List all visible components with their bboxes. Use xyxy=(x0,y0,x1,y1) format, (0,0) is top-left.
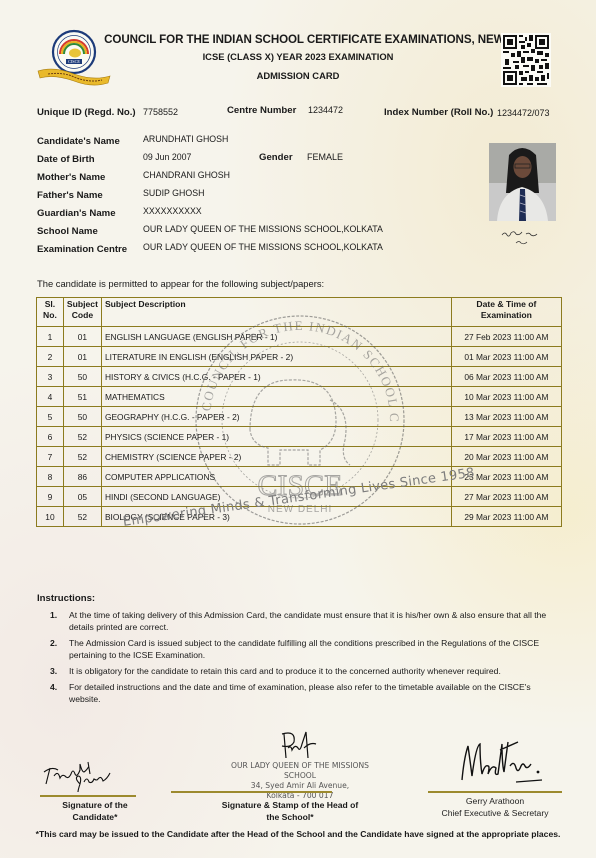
cell-date-time: 01 Mar 2023 11:00 AM xyxy=(451,347,561,367)
candidate-name-label: Candidate's Name xyxy=(37,136,120,147)
cell-subject-description: HISTORY & CIVICS (H.C.G. - PAPER - 1) xyxy=(101,367,451,387)
table-row: 101ENGLISH LANGUAGE (ENGLISH PAPER - 1)2… xyxy=(37,327,562,347)
cell-sl-no: 6 xyxy=(37,427,64,447)
gender-value: FEMALE xyxy=(307,152,343,162)
cell-date-time: 17 Mar 2023 11:00 AM xyxy=(451,427,561,447)
table-header-row: Sl.No. SubjectCode Subject Description D… xyxy=(37,298,562,327)
index-number-value: 1234472/073 xyxy=(497,108,550,118)
centre-number-label: Centre Number xyxy=(227,105,296,116)
exam-centre-value: OUR LADY QUEEN OF THE MISSIONS SCHOOL,KO… xyxy=(143,242,383,252)
cell-subject-code: 86 xyxy=(63,467,101,487)
candidate-signature-line xyxy=(40,795,136,797)
cell-subject-code: 52 xyxy=(63,447,101,467)
cell-date-time: 27 Mar 2023 11:00 AM xyxy=(451,487,561,507)
mother-name-label: Mother's Name xyxy=(37,172,105,183)
instruction-text: It is obligatory for the candidate to re… xyxy=(69,665,501,677)
footnote: *This card may be issued to the Candidat… xyxy=(0,829,596,839)
cell-subject-code: 05 xyxy=(63,487,101,507)
instruction-number: 4. xyxy=(50,681,69,705)
table-row: 201LITERATURE IN ENGLISH (ENGLISH PAPER … xyxy=(37,347,562,367)
cell-subject-code: 50 xyxy=(63,367,101,387)
cell-date-time: 06 Mar 2023 11:00 AM xyxy=(451,367,561,387)
header-sl-no: Sl.No. xyxy=(37,298,64,327)
cell-subject-description: ENGLISH LANGUAGE (ENGLISH PAPER - 1) xyxy=(101,327,451,347)
cell-subject-description: LITERATURE IN ENGLISH (ENGLISH PAPER - 2… xyxy=(101,347,451,367)
centre-number-value: 1234472 xyxy=(308,105,343,115)
cell-date-time: 10 Mar 2023 11:00 AM xyxy=(451,387,561,407)
school-stamp: OUR LADY QUEEN OF THE MISSIONS SCHOOL 34… xyxy=(215,761,385,801)
instruction-text: At the time of taking delivery of this A… xyxy=(69,609,550,633)
cell-sl-no: 8 xyxy=(37,467,64,487)
table-row: 350HISTORY & CIVICS (H.C.G. - PAPER - 1)… xyxy=(37,367,562,387)
table-row: 451MATHEMATICS10 Mar 2023 11:00 AM xyxy=(37,387,562,407)
index-number-label: Index Number (Roll No.) xyxy=(384,107,493,118)
gender-label: Gender xyxy=(259,152,293,163)
instructions-list: 1.At the time of taking delivery of this… xyxy=(50,609,550,709)
father-name-value: SUDIP GHOSH xyxy=(143,188,204,198)
instruction-number: 3. xyxy=(50,665,69,677)
head-signature-line xyxy=(171,791,332,793)
cell-sl-no: 1 xyxy=(37,327,64,347)
cell-sl-no: 7 xyxy=(37,447,64,467)
header-date-time: Date & Time ofExamination xyxy=(451,298,561,327)
instruction-item: 1.At the time of taking delivery of this… xyxy=(50,609,550,633)
header-subject-description: Subject Description xyxy=(101,298,451,327)
permit-text: The candidate is permitted to appear for… xyxy=(37,278,324,289)
secretary-signature-caption: Gerry Arathoon Chief Executive & Secreta… xyxy=(430,795,560,819)
candidate-name-value: ARUNDHATI GHOSH xyxy=(143,134,228,144)
cell-date-time: 29 Mar 2023 11:00 AM xyxy=(451,507,561,527)
cell-subject-code: 01 xyxy=(63,327,101,347)
photo-signature xyxy=(496,226,550,250)
unique-id-label: Unique ID (Regd. No.) xyxy=(37,107,136,118)
table-row: 886COMPUTER APPLICATIONS23 Mar 2023 11:0… xyxy=(37,467,562,487)
exam-centre-label: Examination Centre xyxy=(37,244,127,255)
candidate-photo xyxy=(489,143,556,221)
cell-subject-code: 51 xyxy=(63,387,101,407)
cell-subject-description: GEOGRAPHY (H.C.G. - PAPER - 2) xyxy=(101,407,451,427)
cell-date-time: 13 Mar 2023 11:00 AM xyxy=(451,407,561,427)
cell-subject-description: MATHEMATICS xyxy=(101,387,451,407)
instruction-text: For detailed instructions and the date a… xyxy=(69,681,550,705)
school-name-value: OUR LADY QUEEN OF THE MISSIONS SCHOOL,KO… xyxy=(143,224,383,234)
cell-sl-no: 9 xyxy=(37,487,64,507)
table-row: 752CHEMISTRY (SCIENCE PAPER - 2)20 Mar 2… xyxy=(37,447,562,467)
cell-subject-description: CHEMISTRY (SCIENCE PAPER - 2) xyxy=(101,447,451,467)
secretary-signature-line xyxy=(428,791,562,793)
instruction-number: 2. xyxy=(50,637,69,661)
cell-subject-code: 01 xyxy=(63,347,101,367)
instruction-number: 1. xyxy=(50,609,69,633)
candidate-signature-caption: Signature of the Candidate* xyxy=(40,799,150,823)
mother-name-value: CHANDRANI GHOSH xyxy=(143,170,230,180)
dob-label: Date of Birth xyxy=(37,154,95,165)
instruction-text: The Admission Card is issued subject to … xyxy=(69,637,550,661)
table-row: 652PHYSICS (SCIENCE PAPER - 1)17 Mar 202… xyxy=(37,427,562,447)
instruction-item: 4.For detailed instructions and the date… xyxy=(50,681,550,705)
instruction-item: 3.It is obligatory for the candidate to … xyxy=(50,665,550,677)
cell-sl-no: 4 xyxy=(37,387,64,407)
qr-code-icon[interactable] xyxy=(501,33,551,87)
unique-id-value: 7758552 xyxy=(143,107,178,117)
header-subject-code: SubjectCode xyxy=(63,298,101,327)
dob-value: 09 Jun 2007 xyxy=(143,152,191,162)
instructions-title: Instructions: xyxy=(37,593,95,604)
cell-sl-no: 2 xyxy=(37,347,64,367)
guardian-name-label: Guardian's Name xyxy=(37,208,116,219)
table-row: 550GEOGRAPHY (H.C.G. - PAPER - 2)13 Mar … xyxy=(37,407,562,427)
candidate-signature xyxy=(40,758,120,794)
cell-subject-description: PHYSICS (SCIENCE PAPER - 1) xyxy=(101,427,451,447)
guardian-name-value: XXXXXXXXXX xyxy=(143,206,202,216)
father-name-label: Father's Name xyxy=(37,190,103,201)
cell-subject-code: 52 xyxy=(63,427,101,447)
secretary-signature xyxy=(456,740,546,788)
cell-sl-no: 3 xyxy=(37,367,64,387)
head-signature-caption: Signature & Stamp of the Head of the Sch… xyxy=(200,799,380,823)
table-row: 1052BIOLOGY (SCIENCE PAPER - 3)29 Mar 20… xyxy=(37,507,562,527)
school-name-label: School Name xyxy=(37,226,98,237)
cell-date-time: 27 Feb 2023 11:00 AM xyxy=(451,327,561,347)
cell-date-time: 20 Mar 2023 11:00 AM xyxy=(451,447,561,467)
instruction-item: 2.The Admission Card is issued subject t… xyxy=(50,637,550,661)
cell-sl-no: 10 xyxy=(37,507,64,527)
cell-subject-code: 52 xyxy=(63,507,101,527)
cell-subject-code: 50 xyxy=(63,407,101,427)
cell-sl-no: 5 xyxy=(37,407,64,427)
